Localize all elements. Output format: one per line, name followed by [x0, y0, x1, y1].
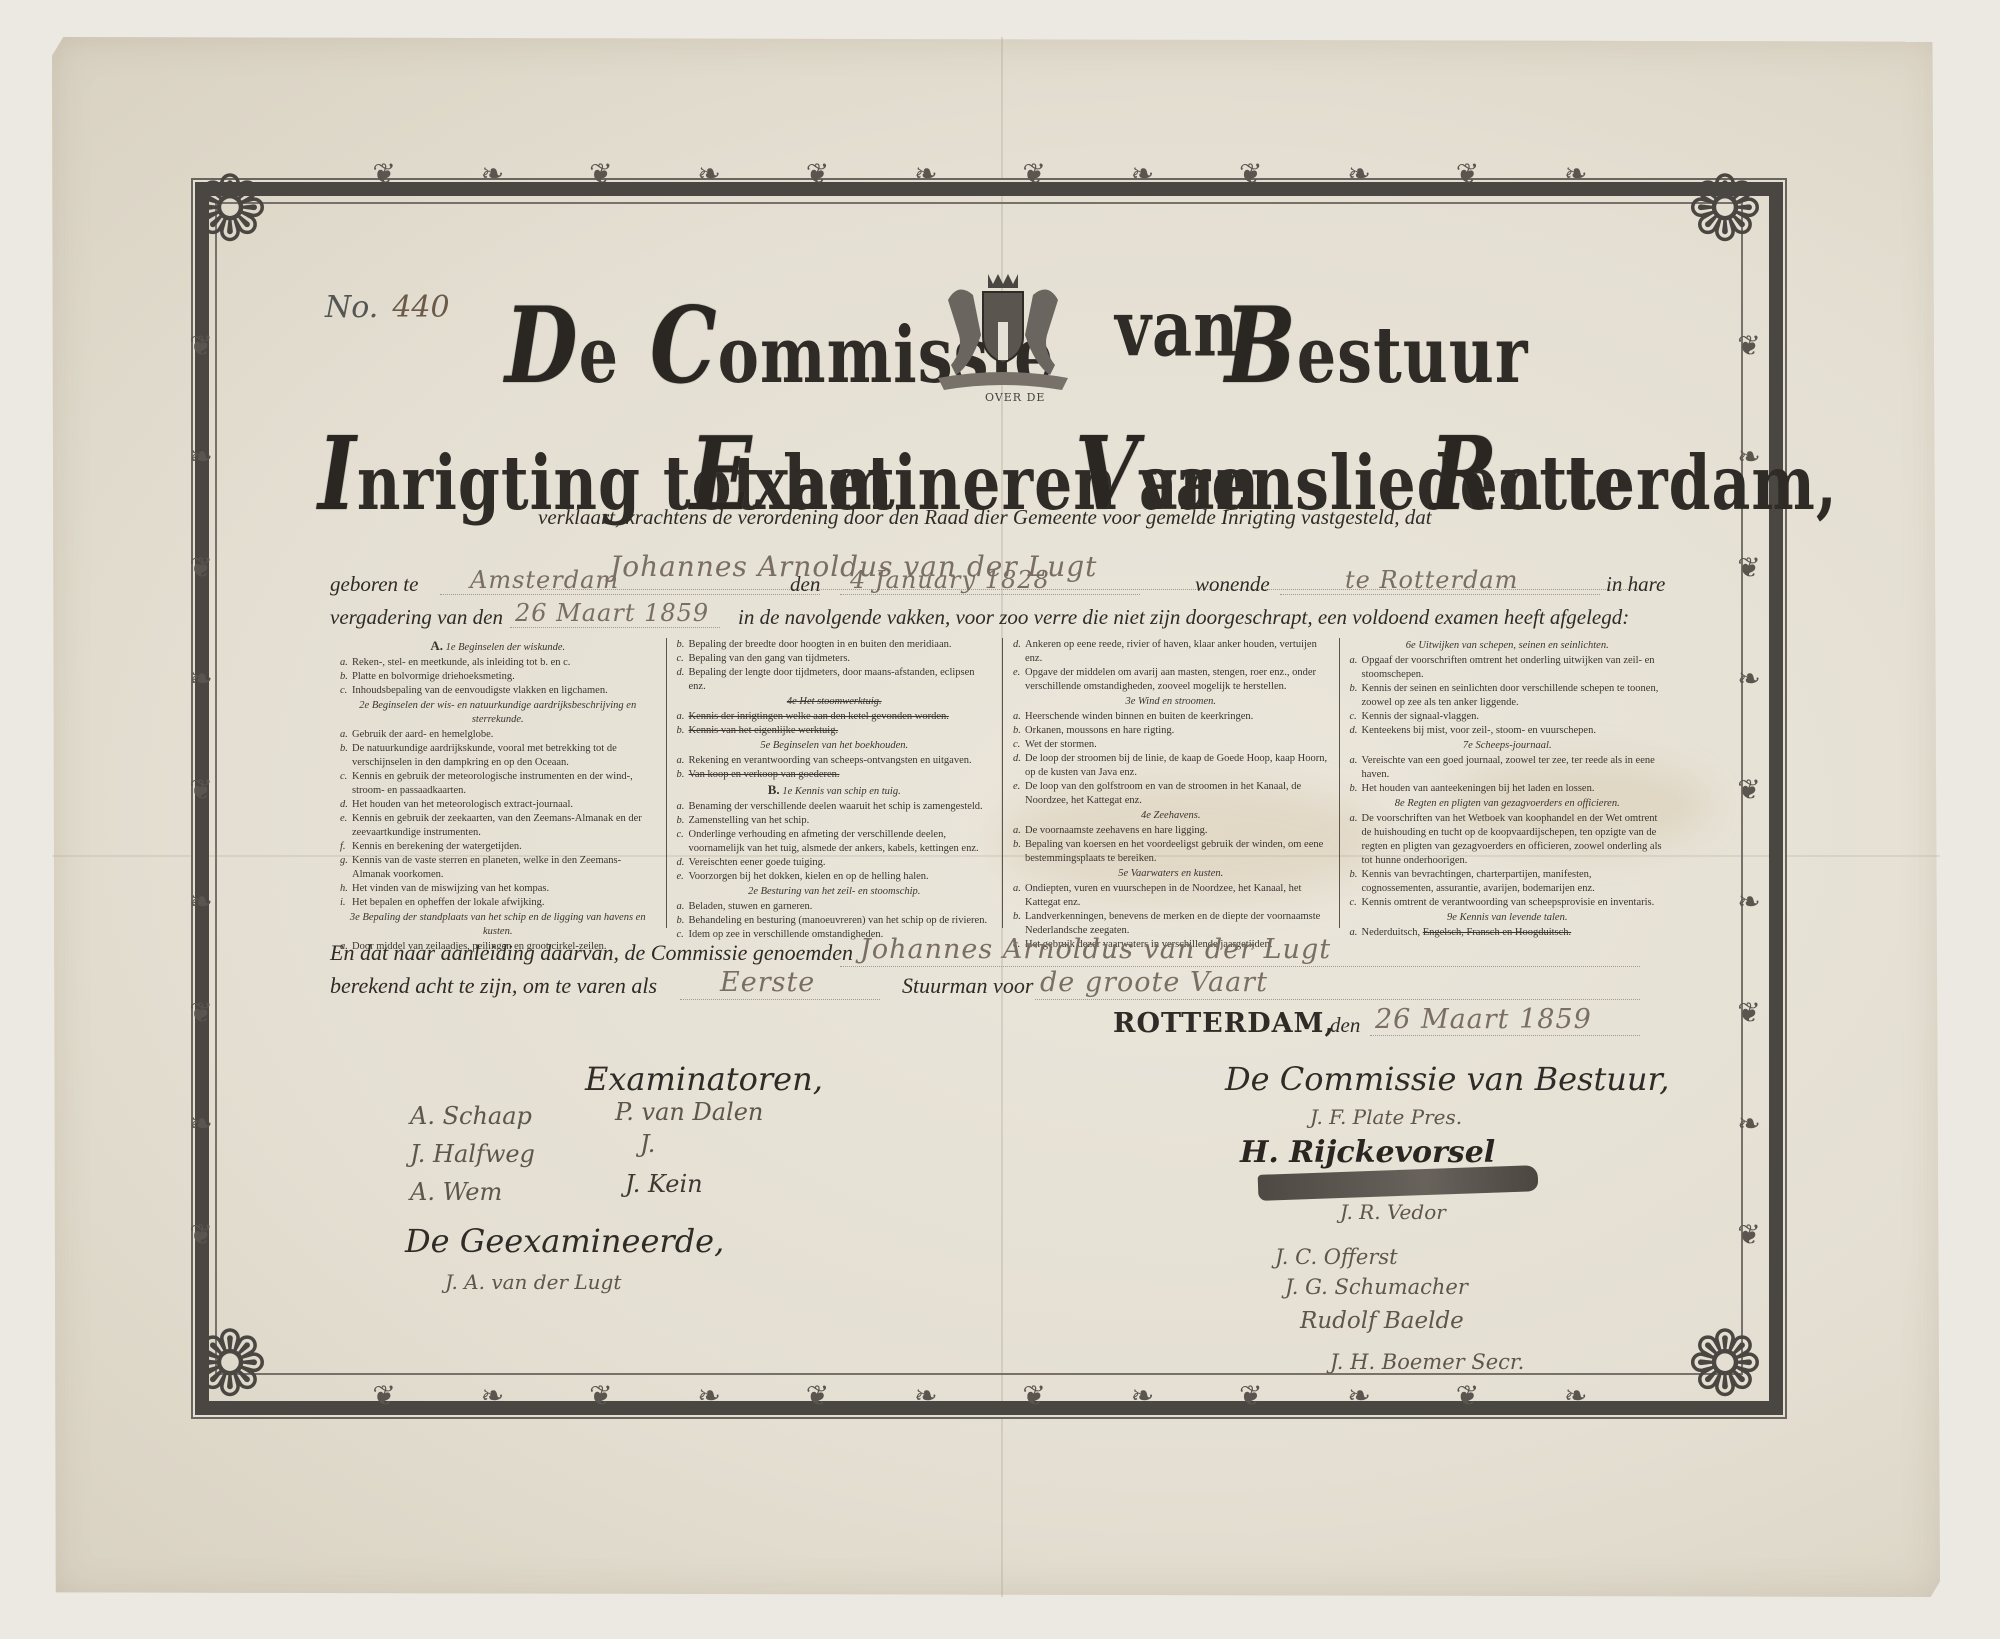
item-text: De loop van den golfstroom en van de str… — [1025, 781, 1301, 806]
item-letter: a. — [1350, 812, 1362, 826]
number-value: 440 — [392, 290, 449, 325]
item-text: Kennis en berekening der watergetijden. — [352, 841, 522, 852]
section-prefix: A. — [430, 638, 443, 653]
subject-section-heading: 7e Scheeps-journaal. — [1350, 739, 1666, 753]
title-word-van: van — [1115, 283, 1239, 374]
item-letter: a. — [677, 800, 689, 814]
section-title: Kennis van levende talen. — [1460, 912, 1568, 923]
examiners-heading: Examinatoren, — [585, 1060, 823, 1098]
item-letter: a. — [1013, 710, 1025, 724]
item-text: Zamenstelling van het schip. — [689, 815, 810, 826]
certificate-number: No.440 — [325, 290, 450, 325]
navigation-value: de groote Vaart — [1040, 967, 1268, 998]
item-text: Vereischte van een goed journaal, zoowel… — [1362, 755, 1655, 780]
item-text: Reken-, stel- en meetkunde, als inleidin… — [352, 657, 570, 668]
subject-section-heading: 8e Regten en pligten van gezagvoerders e… — [1350, 797, 1666, 811]
subject-item: h.Het vinden van de miswijzing van het k… — [340, 882, 656, 896]
commission-signature: J. G. Schumacher — [1285, 1275, 1468, 1299]
examiner-signature: A. Schaap — [410, 1102, 532, 1130]
item-text: Gebruik der aard- en hemelglobe. — [352, 729, 493, 740]
section-title: Het stoomwerktuig. — [799, 696, 881, 707]
subject-item: i.Het bepalen en opheffen der lokale afw… — [340, 896, 656, 910]
section-title: Besturing van het zeil- en stoomschip. — [761, 886, 921, 897]
item-text: Kennis der seinen en seinlichten door ve… — [1362, 683, 1659, 708]
rank-value: Eerste — [720, 967, 815, 998]
born-date: 4 January 1828 — [850, 566, 1050, 594]
subject-item: b.Behandeling en besturing (manoeuvreren… — [677, 914, 993, 928]
subject-item: d.De loop der stroomen bij de linie, de … — [1013, 752, 1329, 780]
examiner-signature: J. Halfweg — [410, 1140, 535, 1168]
item-text: Heerschende winden binnen en buiten de k… — [1025, 711, 1253, 722]
section-number: 4e — [1141, 810, 1151, 821]
section-title: Zeehavens. — [1154, 810, 1201, 821]
item-text: Platte en bolvormige driehoeksmeting. — [352, 671, 515, 682]
subject-section-heading: 6e Uitwijken van schepen, seinen en sein… — [1350, 639, 1666, 653]
section-title: Kennis van schip en tuig. — [795, 786, 901, 797]
section-number: 9e — [1447, 912, 1457, 923]
subject-item: c.Kennis der signaal-vlaggen. — [1350, 710, 1666, 724]
item-letter: a. — [1350, 654, 1362, 668]
subject-item: b.Platte en bolvormige driehoeksmeting. — [340, 670, 656, 684]
subject-item: c.Kennis omtrent de verantwoording van s… — [1350, 896, 1666, 910]
section-number: 8e — [1395, 798, 1405, 809]
examiner-signature: J. Kein — [625, 1170, 703, 1198]
section-number: 5e — [1118, 868, 1128, 879]
item-letter: d. — [1350, 724, 1362, 738]
item-letter: b. — [1350, 682, 1362, 696]
ink-smudge — [1258, 1165, 1539, 1201]
item-text: Het houden van aanteekeningen bij het la… — [1362, 783, 1595, 794]
section-title: Bepaling der standplaats van het schip e… — [362, 912, 645, 937]
subject-column: b.Bepaling der breedte door hoogten in e… — [667, 638, 1004, 928]
item-text: Het bepalen en opheffen der lokale afwij… — [352, 897, 545, 908]
section-title: Beginselen der wiskunde. — [458, 642, 565, 653]
subject-item: b.Bepaling der breedte door hoogten in e… — [677, 638, 993, 652]
item-letter: b. — [1350, 868, 1362, 882]
item-text: Benaming der verschillende deelen waarui… — [689, 801, 983, 812]
number-label: No. — [325, 290, 378, 325]
item-letter: b. — [677, 814, 689, 828]
subject-section-heading: A. 1e Beginselen der wiskunde. — [340, 639, 656, 655]
item-text: Kennis der inrigtingen welke aan den ket… — [689, 711, 949, 722]
den-label: den — [790, 572, 820, 597]
commission-signature: J. R. Vedor — [1340, 1200, 1446, 1224]
examiner-signature: P. van Dalen — [615, 1098, 763, 1126]
meeting-label: vergadering van den — [330, 605, 503, 630]
in-hare-label: in hare — [1606, 572, 1665, 597]
subject-item: a.Reken-, stel- en meetkunde, als inleid… — [340, 656, 656, 670]
subject-item: e.Kennis en gebruik der zeekaarten, van … — [340, 812, 656, 840]
item-letter: a. — [1350, 754, 1362, 768]
examinee-heading: De Geexamineerde, — [405, 1222, 724, 1260]
item-text: Kennis en gebruik der zeekaarten, van de… — [352, 813, 642, 838]
born-place: Amsterdam — [470, 566, 619, 594]
item-letter: a. — [340, 656, 352, 670]
issue-den-label: den — [1330, 1013, 1360, 1038]
item-letter: c. — [340, 684, 352, 698]
item-letter: c. — [1013, 738, 1025, 752]
subject-item: c.Kennis en gebruik der meteorologische … — [340, 770, 656, 798]
subject-column: A. 1e Beginselen der wiskunde.a.Reken-, … — [330, 638, 667, 928]
item-letter: b. — [340, 670, 352, 684]
item-text: Rekening en verantwoording van scheeps-o… — [689, 755, 972, 766]
section-number: 7e — [1463, 740, 1473, 751]
residing-place: te Rotterdam — [1345, 566, 1518, 594]
rotterdam-coat-of-arms-icon — [928, 270, 1078, 400]
section-number: 4e — [787, 696, 797, 707]
subject-item: a.Gebruik der aard- en hemelglobe. — [340, 728, 656, 742]
item-letter: b. — [340, 742, 352, 756]
item-text: Van koop en verkoop van goederen. — [689, 769, 840, 780]
item-text: Vereischten eener goede tuiging. — [689, 857, 826, 868]
section-title: Beginselen der wis- en natuurkundige aar… — [372, 700, 636, 725]
item-text: Wet der stormen. — [1025, 739, 1097, 750]
examiner-signature: A. Wem — [410, 1178, 502, 1206]
item-letter: i. — [340, 896, 352, 910]
subject-item: d.Vereischten eener goede tuiging. — [677, 856, 993, 870]
item-letter: f. — [340, 840, 352, 854]
subject-item: b.Het houden van aanteekeningen bij het … — [1350, 782, 1666, 796]
item-letter: d. — [677, 856, 689, 870]
item-letter: d. — [677, 666, 689, 680]
item-letter: b. — [1350, 782, 1362, 796]
section-number: 1e — [782, 786, 792, 797]
subject-item: c.Wet der stormen. — [1013, 738, 1329, 752]
subject-item: b.Kennis van bevrachtingen, charterparti… — [1350, 868, 1666, 896]
meeting-date: 26 Maart 1859 — [515, 599, 709, 627]
item-letter: a. — [1350, 926, 1362, 940]
item-text: Kenteekens bij mist, voor zeil-, stoom- … — [1362, 725, 1596, 736]
conclusion-name: Johannes Arnoldus van der Lugt — [860, 934, 1331, 965]
item-letter: e. — [340, 812, 352, 826]
item-letter: e. — [677, 870, 689, 884]
meeting-rest-text: in de navolgende vakken, voor zoo verre … — [738, 605, 1629, 630]
commission-signature: J. F. Plate Pres. — [1310, 1105, 1462, 1129]
item-letter: d. — [340, 798, 352, 812]
item-letter: a. — [677, 754, 689, 768]
item-letter: b. — [1013, 910, 1025, 924]
item-letter: c. — [1350, 896, 1362, 910]
item-letter: e. — [1013, 666, 1025, 680]
section-number: 5e — [760, 740, 770, 751]
item-text: Landverkenningen, benevens de merken en … — [1025, 911, 1320, 936]
conclusion-line1: En dat naar aanleiding daarvan, de Commi… — [330, 940, 853, 966]
item-text: Het houden van het meteorologisch extrac… — [352, 799, 573, 810]
item-text: Beladen, stuwen en garneren. — [689, 901, 813, 912]
subject-item: d.Het houden van het meteorologisch extr… — [340, 798, 656, 812]
commission-signature: J. H. Boemer Secr. — [1330, 1350, 1524, 1374]
item-letter: b. — [677, 768, 689, 782]
born-label: geboren te — [330, 572, 418, 597]
item-struck-text: Engelsch, Fransch en Hoogduitsch. — [1423, 927, 1571, 938]
title-word-rotterdam: Rotterdam, — [1430, 415, 1838, 534]
subject-item: d.Ankeren op eene reede, rivier of haven… — [1013, 638, 1329, 666]
item-letter: b. — [677, 724, 689, 738]
exam-subjects: A. 1e Beginselen der wiskunde.a.Reken-, … — [330, 638, 1675, 928]
section-number: 2e — [359, 700, 369, 711]
item-letter: g. — [340, 854, 352, 868]
item-text: Kennis en gebruik der meteorologische in… — [352, 771, 633, 796]
commission-signature: J. C. Offerst — [1275, 1245, 1398, 1269]
subject-item: b.Kennis van het eigenlijke werktuig. — [677, 724, 993, 738]
subject-item: b.De natuurkundige aardrijkskunde, voora… — [340, 742, 656, 770]
section-title: Wind en stroomen. — [1138, 696, 1216, 707]
issue-city: ROTTERDAM, — [1113, 1008, 1335, 1039]
item-text: De loop der stroomen bij de linie, de ka… — [1025, 753, 1327, 778]
subject-item: a.Ondiepten, vuren en vuurschepen in de … — [1013, 882, 1329, 910]
item-letter: c. — [1350, 710, 1362, 724]
section-title: Scheeps-journaal. — [1475, 740, 1551, 751]
item-text: De voornaamste zeehavens en hare ligging… — [1025, 825, 1208, 836]
subject-item: b.Bepaling van koersen en het voordeelig… — [1013, 838, 1329, 866]
item-text: Kennis van de vaste sterren en planeten,… — [352, 855, 621, 880]
title-word-bestuur: Bestuur — [1225, 283, 1529, 407]
subject-item: d.Kenteekens bij mist, voor zeil-, stoom… — [1350, 724, 1666, 738]
item-letter: a. — [1013, 882, 1025, 896]
section-number: 2e — [748, 886, 758, 897]
item-text: Onderlinge verhouding en afmeting der ve… — [689, 829, 979, 854]
commission-heading: De Commissie van Bestuur, — [1225, 1060, 1669, 1098]
item-text: Opgave der middelen om avarij aan masten… — [1025, 667, 1316, 692]
subject-section-heading: B. 1e Kennis van schip en tuig. — [677, 783, 993, 799]
item-text: De natuurkundige aardrijkskunde, vooral … — [352, 743, 617, 768]
item-letter: a. — [677, 900, 689, 914]
section-number: 1e — [446, 642, 456, 653]
item-text: Bepaling der breedte door hoogten in en … — [689, 639, 952, 650]
subject-section-heading: 3e Bepaling der standplaats van het schi… — [340, 911, 656, 939]
subject-section-heading: 5e Beginselen van het boekhouden. — [677, 739, 993, 753]
item-text: Kennis van het eigenlijke werktuig. — [689, 725, 839, 736]
declaration-text: verklaart, krachtens de verordening door… — [538, 505, 1432, 530]
subject-column: d.Ankeren op eene reede, rivier of haven… — [1003, 638, 1340, 928]
item-text: Nederduitsch, — [1362, 927, 1423, 938]
item-letter: b. — [677, 914, 689, 928]
section-title: Vaarwaters en kusten. — [1131, 868, 1223, 879]
subject-section-heading: 2e Besturing van het zeil- en stoomschip… — [677, 885, 993, 899]
title-word-de: De — [505, 283, 619, 407]
item-letter: h. — [340, 882, 352, 896]
item-letter: a. — [340, 728, 352, 742]
item-letter: c. — [677, 828, 689, 842]
subject-item: e.De loop van den golfstroom en van de s… — [1013, 780, 1329, 808]
item-letter: b. — [1013, 724, 1025, 738]
subject-item: a.Opgaaf der voorschriften omtrent het o… — [1350, 654, 1666, 682]
item-text: Opgaaf der voorschriften omtrent het ond… — [1362, 655, 1655, 680]
item-letter: a. — [1013, 824, 1025, 838]
item-text: Voorzorgen bij het dokken, kielen en op … — [689, 871, 929, 882]
commission-signature: H. Rijckevorsel — [1240, 1135, 1495, 1170]
subject-item: e.Opgave der middelen om avarij aan mast… — [1013, 666, 1329, 694]
subject-item: a.De voorschriften van het Wetboek van k… — [1350, 812, 1666, 868]
subject-item: a.Benaming der verschillende deelen waar… — [677, 800, 993, 814]
subject-section-heading: 4e Het stoomwerktuig. — [677, 695, 993, 709]
item-text: Inhoudsbepaling van de eenvoudigste vlak… — [352, 685, 608, 696]
subject-item: f.Kennis en berekening der watergetijden… — [340, 840, 656, 854]
subject-item: a.Heerschende winden binnen en buiten de… — [1013, 710, 1329, 724]
item-text: De voorschriften van het Wetboek van koo… — [1362, 813, 1662, 866]
subject-item: a.Beladen, stuwen en garneren. — [677, 900, 993, 914]
item-letter: d. — [1013, 638, 1025, 652]
subject-item: c.Inhoudsbepaling van de eenvoudigste vl… — [340, 684, 656, 698]
commission-signature: Rudolf Baelde — [1300, 1308, 1464, 1334]
subject-section-heading: 4e Zeehavens. — [1013, 809, 1329, 823]
subject-column: 6e Uitwijken van schepen, seinen en sein… — [1340, 638, 1676, 928]
item-letter: d. — [1013, 752, 1025, 766]
item-letter: b. — [1013, 838, 1025, 852]
subject-item: b.Orkanen, moussons en hare rigting. — [1013, 724, 1329, 738]
section-number: 6e — [1406, 640, 1416, 651]
subject-section-heading: 3e Wind en stroomen. — [1013, 695, 1329, 709]
item-text: Kennis omtrent de verantwoording van sch… — [1362, 897, 1655, 908]
subject-item: a.Rekening en verantwoording van scheeps… — [677, 754, 993, 768]
section-title: Uitwijken van schepen, seinen en seinlic… — [1418, 640, 1608, 651]
subject-item: a.Nederduitsch, Engelsch, Fransch en Hoo… — [1350, 926, 1666, 940]
item-text: Ankeren op eene reede, rivier of haven, … — [1025, 639, 1317, 664]
item-letter: c. — [677, 652, 689, 666]
section-title: Beginselen van het boekhouden. — [773, 740, 908, 751]
navigation-line — [1035, 998, 1640, 1000]
section-title: Regten en pligten van gezagvoerders en o… — [1407, 798, 1619, 809]
item-text: Het vinden van de miswijzing van het kom… — [352, 883, 549, 894]
subject-item: c.Onderlinge verhouding en afmeting der … — [677, 828, 993, 856]
residing-label: wonende — [1195, 572, 1270, 597]
subject-item: b.Zamenstelling van het schip. — [677, 814, 993, 828]
subject-item: g.Kennis van de vaste sterren en planete… — [340, 854, 656, 882]
issue-date: 26 Maart 1859 — [1375, 1004, 1592, 1035]
item-text: Ondiepten, vuren en vuurschepen in de No… — [1025, 883, 1301, 908]
subject-item: a.Kennis der inrigtingen welke aan den k… — [677, 710, 993, 724]
conclusion-line2: berekend acht te zijn, om te varen als — [330, 973, 657, 999]
subject-item: b.Van koop en verkoop van goederen. — [677, 768, 993, 782]
item-text: Orkanen, moussons en hare rigting. — [1025, 725, 1174, 736]
subject-section-heading: 5e Vaarwaters en kusten. — [1013, 867, 1329, 881]
examinee-signature: J. A. van der Lugt — [445, 1270, 621, 1294]
item-text: Behandeling en besturing (manoeuvreren) … — [689, 915, 988, 926]
item-text: Bepaling van koersen en het voordeeligst… — [1025, 839, 1323, 864]
subject-item: a.Vereischte van een goed journaal, zoow… — [1350, 754, 1666, 782]
item-letter: c. — [340, 770, 352, 784]
subject-section-heading: 2e Beginselen der wis- en natuurkundige … — [340, 699, 656, 727]
item-text: Kennis der signaal-vlaggen. — [1362, 711, 1480, 722]
section-number: 3e — [350, 912, 360, 923]
stuurman-label: Stuurman voor — [902, 973, 1033, 999]
section-prefix: B. — [768, 782, 780, 797]
item-letter: b. — [677, 638, 689, 652]
item-text: Idem op zee in verschillende omstandighe… — [689, 929, 884, 940]
item-text: Kennis van bevrachtingen, charterpartije… — [1362, 869, 1595, 894]
subject-item: c.Bepaling van den gang van tijdmeters. — [677, 652, 993, 666]
rank-line — [680, 998, 880, 1000]
section-number: 3e — [1125, 696, 1135, 707]
item-letter: a. — [677, 710, 689, 724]
over-de-label: OVER DE — [985, 391, 1045, 404]
subject-section-heading: 9e Kennis van levende talen. — [1350, 911, 1666, 925]
subject-item: b.Kennis der seinen en seinlichten door … — [1350, 682, 1666, 710]
examiner-signature: J. — [640, 1130, 655, 1158]
subject-item: e.Voorzorgen bij het dokken, kielen en o… — [677, 870, 993, 884]
subject-item: a.De voornaamste zeehavens en hare liggi… — [1013, 824, 1329, 838]
item-text: Bepaling der lengte door tijdmeters, doo… — [689, 667, 975, 692]
item-letter: e. — [1013, 780, 1025, 794]
item-text: Bepaling van den gang van tijdmeters. — [689, 653, 851, 664]
subject-item: d.Bepaling der lengte door tijdmeters, d… — [677, 666, 993, 694]
